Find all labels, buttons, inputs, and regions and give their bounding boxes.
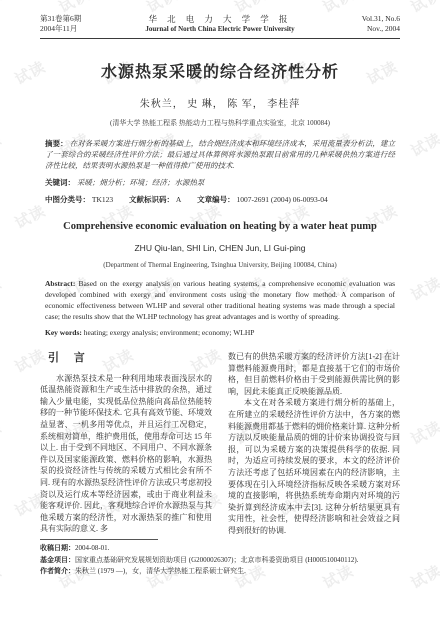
header-issue-info: 第31卷第6期 2004年11月 [40,14,120,34]
keywords-cn-text: 采暖；㶲分析；环境；经济；水源热泵 [77,178,205,187]
received-date: 收稿日期：2004-08-01. [40,543,400,554]
abstract-en: Abstract: Based on the exergy analysis o… [45,278,395,322]
header-divider [40,38,400,39]
abstract-cn: 摘要： 在对各采暖方案进行㶲分析的基础上，结合㶲经济成本和环境经济成本，采用流量… [45,138,395,171]
authors-cn: 朱秋兰， 史 琳， 陈 军， 李桂萍 [40,95,400,110]
article-id: 文章编号： 1007-2691 (2004) 06-0093-04 [197,195,328,204]
journal-name-cn: 华 北 电 力 大 学 学 报 [120,14,320,24]
clc-number: 中图分类号： TK123 [45,195,113,204]
author-bio: 作者简介：朱秋兰 (1979 —)，女，清华大学热能工程系硕士研究生. [40,566,400,577]
abstract-cn-label: 摘要： [45,139,68,148]
right-column: 数已有的供热采暖方案的经济评价方法[1-2] 在计算燃料能源费用时，都是直接基于… [228,351,400,535]
paper-page: 试读试读试读试读试读试读试读试读试读试读试读试读试读试读试读试读试读试读试读试读… [0,0,440,620]
abstract-en-label: Abstract: [45,279,75,288]
volume-issue-en: Vol.31, No.6 [320,14,400,24]
volume-issue-cn: 第31卷第6期 [40,14,120,24]
keywords-en: Key words: heating; exergy analysis; env… [45,328,395,337]
keywords-en-text: heating; exergy analysis; environment; e… [84,328,255,337]
journal-name: 华 北 电 力 大 学 学 报 Journal of North China E… [120,14,320,34]
date-en: Nov., 2004 [320,24,400,34]
clc-line: 中图分类号： TK123 文献标识码： A 文章编号： 1007-2691 (2… [45,194,395,205]
funding-project: 基金项目：国家重点基础研究发展规划资助项目 (G2000026307)；北京市科… [40,555,400,566]
keywords-cn-label: 关键词： [45,178,75,187]
paper-title-en: Comprehensive economic evaluation on hea… [40,221,400,232]
section-heading-intro: 引 言 [48,353,212,365]
footnotes: 收稿日期：2004-08-01. 基金项目：国家重点基础研究发展规划资助项目 (… [40,543,400,577]
header-vol-info: Vol.31, No.6 Nov., 2004 [320,14,400,34]
footnote-divider [40,539,158,540]
paper-content: 第31卷第6期 2004年11月 华 北 电 力 大 学 学 报 Journal… [0,0,440,577]
journal-header: 第31卷第6期 2004年11月 华 北 电 力 大 学 学 报 Journal… [40,14,400,34]
abstract-en-text: Based on the exergy analysis on various … [45,279,395,321]
keywords-en-label: Key words: [45,328,82,337]
journal-name-en: Journal of North China Electric Power Un… [120,24,320,34]
document-code: 文献标识码： A [129,195,181,204]
authors-en: ZHU Qiu-lan, SHI Lin, CHEN Jun, LI Gui-p… [40,243,400,253]
date-cn: 2004年11月 [40,24,120,34]
keywords-cn: 关键词： 采暖；㶲分析；环境；经济；水源热泵 [45,177,395,188]
abstract-cn-text: 在对各采暖方案进行㶲分析的基础上，结合㶲经济成本和环境经济成本，采用流量表分析法… [45,139,395,170]
affiliation-cn: (清华大学 热能工程系 热能动力工程与热科学重点实验室，北京 100084) [40,118,400,128]
intro-paragraph-right-1: 数已有的供热采暖方案的经济评价方法[1-2] 在计算燃料能源费用时，都是直接基于… [228,351,400,397]
affiliation-en: (Department of Thermal Engineering, Tsin… [40,261,400,269]
left-column: 引 言 水源热泵技术是一种利用地球表面浅层水的低温热能资源和生产或生活中排放的余… [40,351,212,535]
body-columns: 引 言 水源热泵技术是一种利用地球表面浅层水的低温热能资源和生产或生活中排放的余… [40,351,400,535]
intro-paragraph-left: 水源热泵技术是一种利用地球表面浅层水的低温热能资源和生产或生活中排放的余热，通过… [40,373,212,535]
intro-paragraph-right-2: 本文在对各采暖方案进行㶲分析的基础上，在所建立的采暖经济性评价方法中，各方案的燃… [228,397,400,535]
paper-title-cn: 水源热泵采暖的综合经济性分析 [40,59,400,82]
